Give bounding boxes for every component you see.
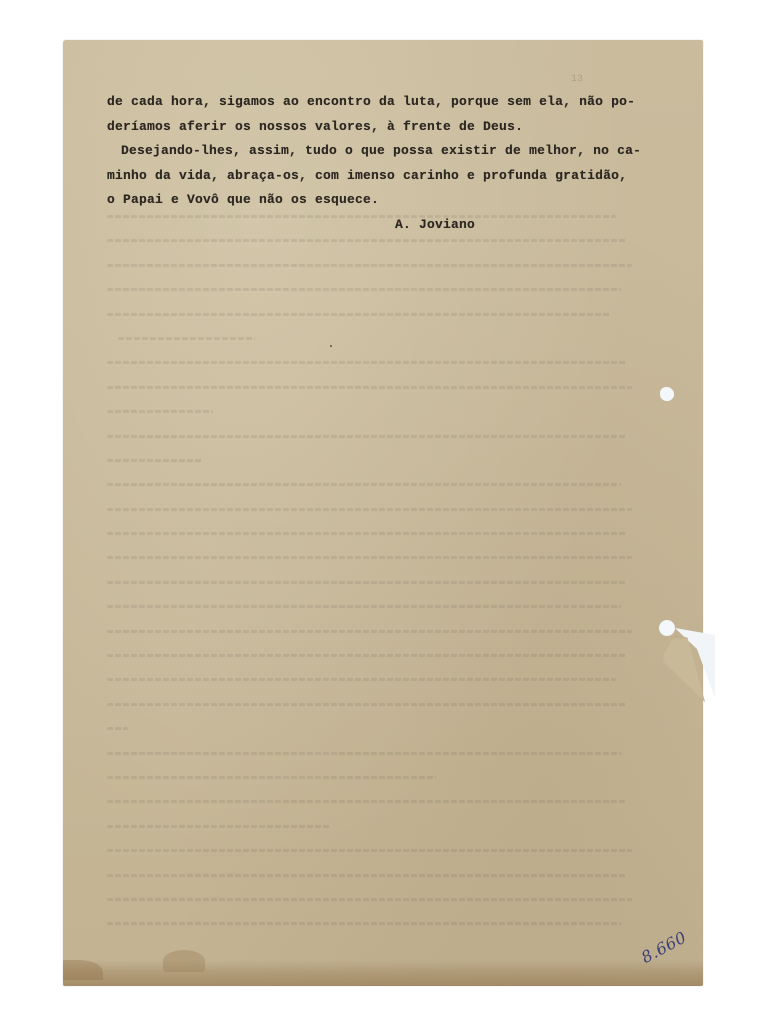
letter-body: de cada hora, sigamos ao encontro da lut… [107,90,627,237]
ink-speck [330,345,332,347]
water-stain [63,960,703,986]
text-line: de cada hora, sigamos ao encontro da lut… [107,90,627,115]
paper-sheet: 13 [63,40,703,986]
signature: A. Joviano [107,213,627,238]
text-line: deríamos aferir os nossos valores, à fre… [107,115,627,140]
faint-corner-mark: 13 [571,74,583,85]
paper-hole [660,387,674,401]
water-stain-blob [163,950,205,972]
bleed-through-text [107,215,637,947]
scan-canvas: 13 [0,0,768,1024]
text-line: minho da vida, abraça-os, com imenso car… [107,164,627,189]
paper-hole [659,620,675,636]
text-line: Desejando-lhes, assim, tudo o que possa … [107,139,627,164]
text-line: o Papai e Vovô que não os esquece. [107,188,627,213]
